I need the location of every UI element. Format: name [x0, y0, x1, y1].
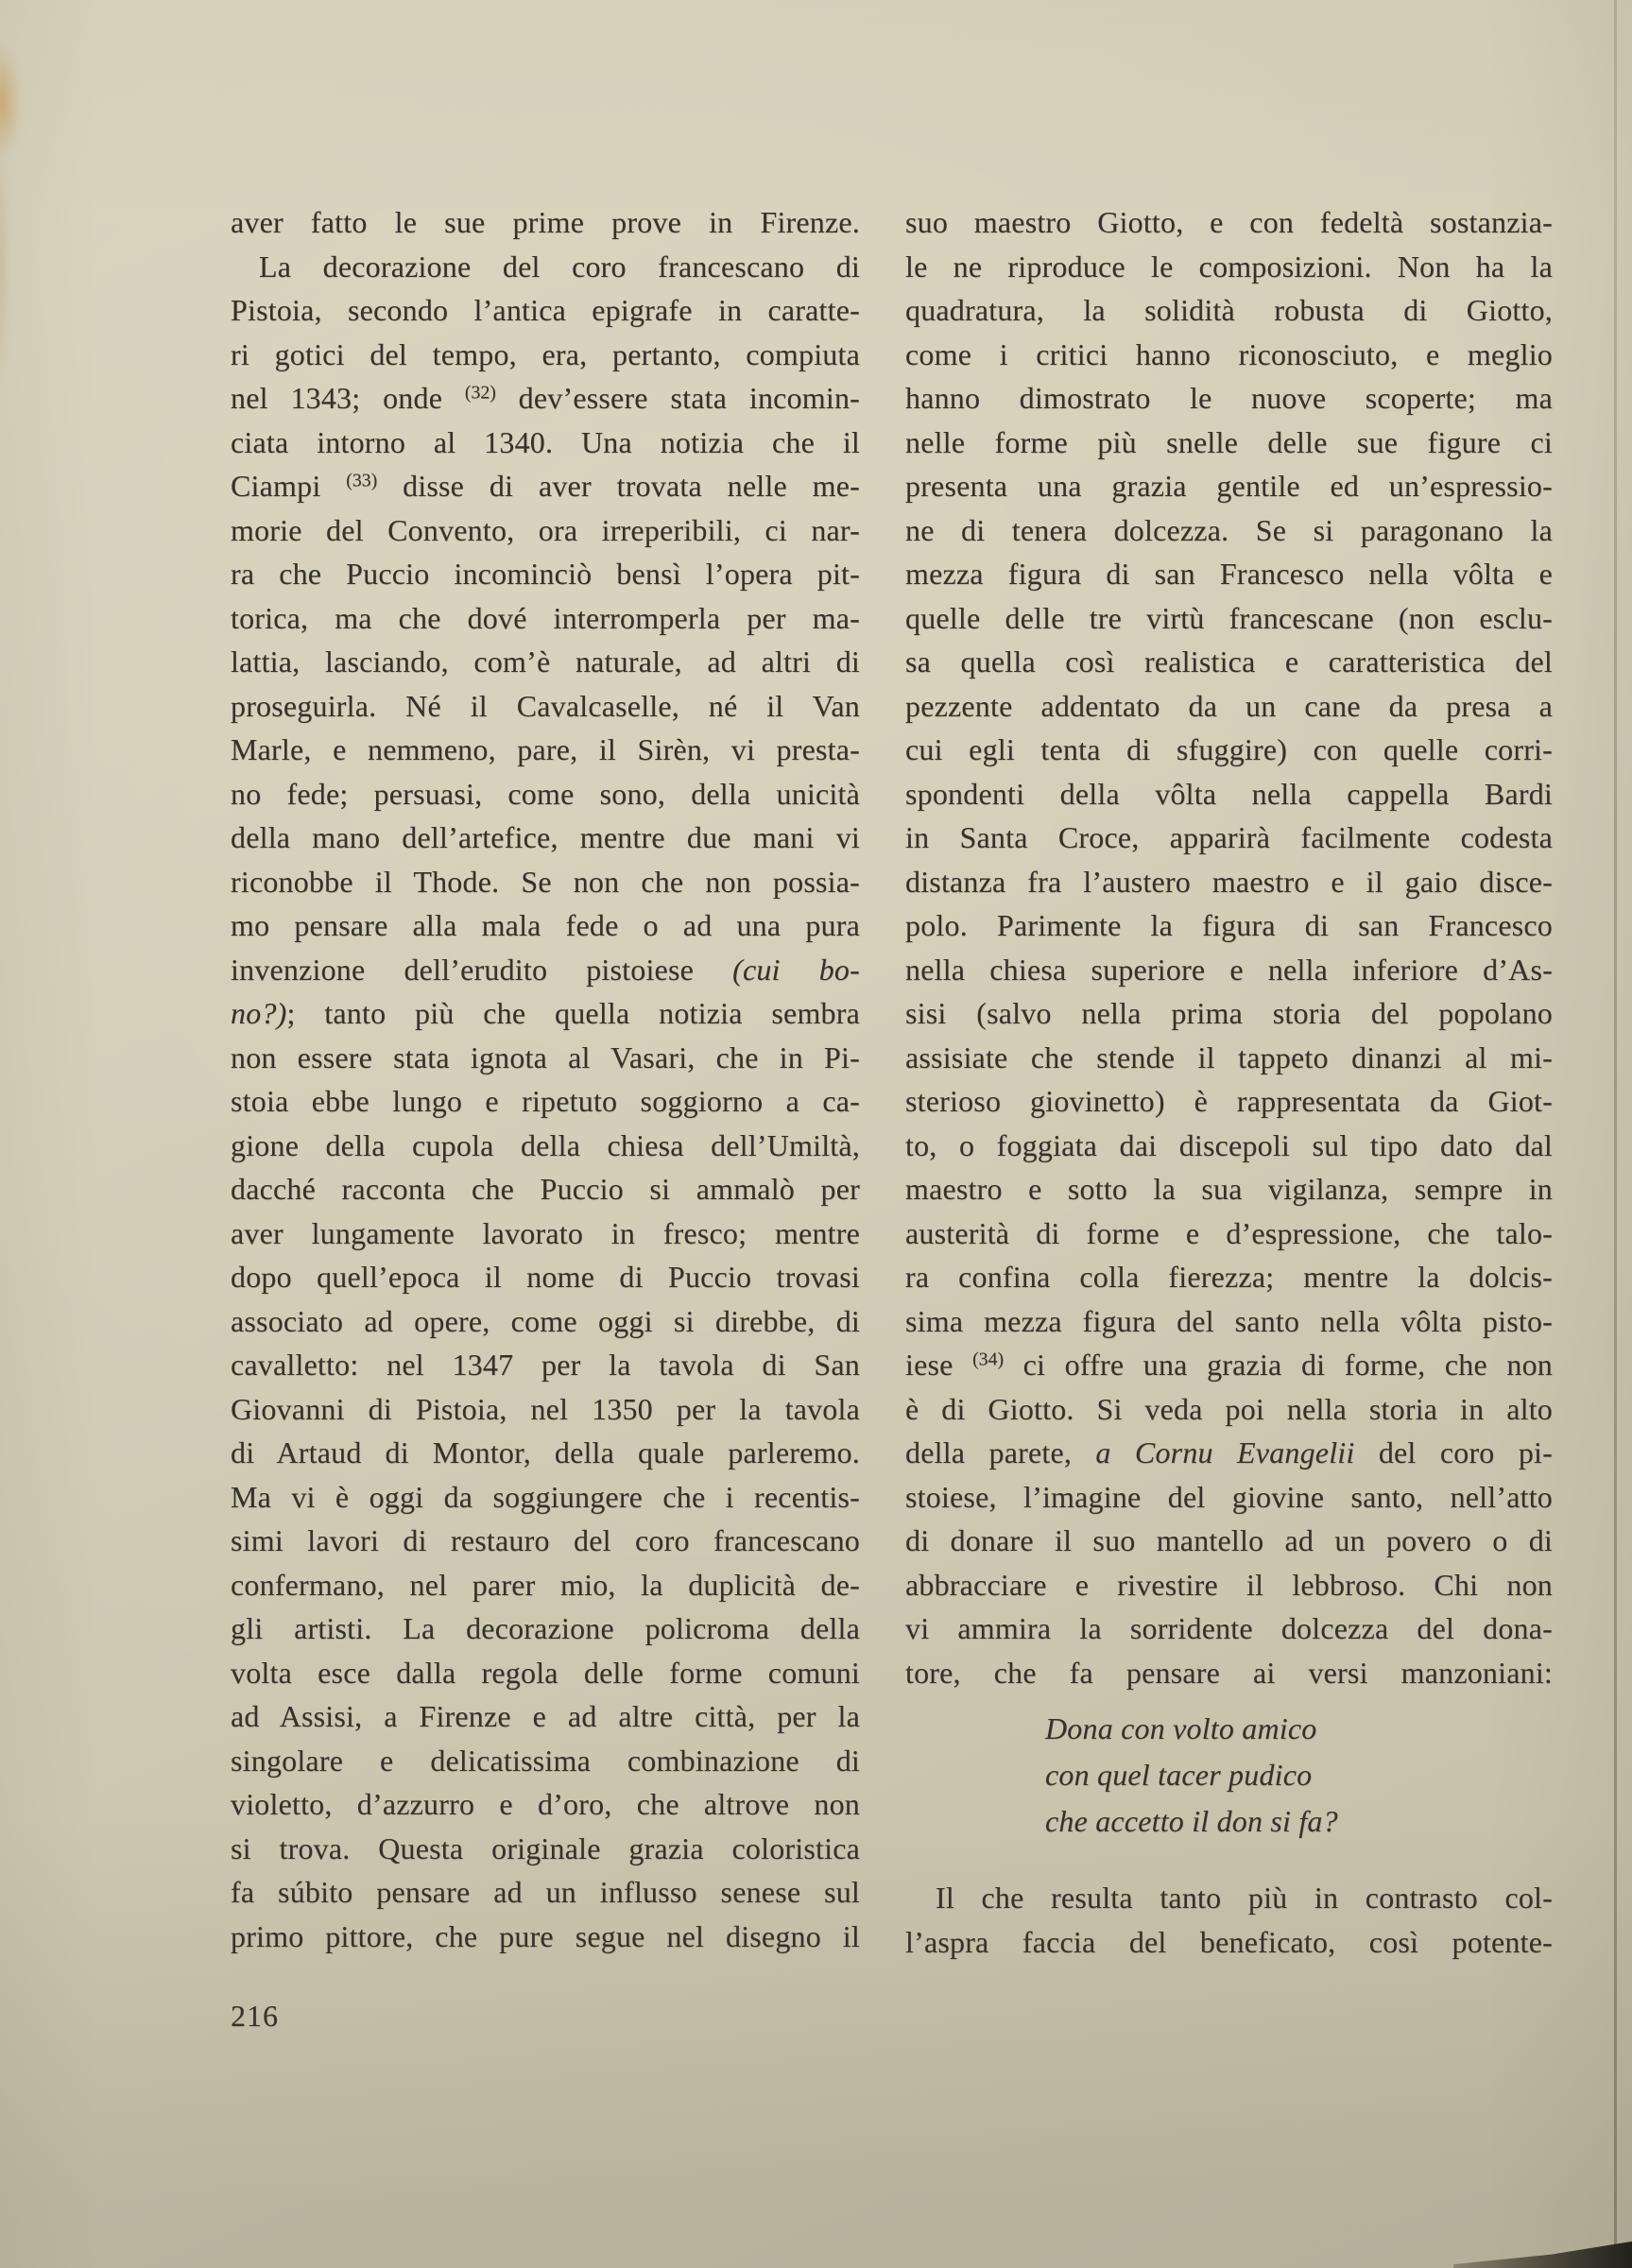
left-column: aver fatto le sue prime prove in Firenze…	[231, 200, 860, 1958]
text-line: polo. Parimente la figura di san Frances…	[905, 903, 1553, 948]
verse-line: Dona con volto amico	[905, 1706, 1553, 1752]
text-line: ne di tenera dolcezza. Se si paragonano …	[905, 508, 1553, 553]
text-line: della parete, a Cornu Evangelii del coro…	[905, 1431, 1553, 1475]
text-line: le ne riproduce le composizioni. Non ha …	[905, 245, 1553, 289]
text-line: suo maestro Giotto, e con fedeltà sostan…	[905, 200, 1553, 245]
text-line: stoiese, l’imagine del giovine santo, ne…	[905, 1475, 1553, 1520]
text-line: simi lavori di restauro del coro frances…	[231, 1519, 860, 1563]
text-line: sisi (salvo nella prima storia del popol…	[905, 991, 1553, 1036]
page-edge-shadow	[1614, 0, 1617, 2268]
text-line: ri gotici del tempo, era, pertanto, comp…	[231, 333, 860, 377]
text-line: è di Giotto. Si veda poi nella storia in…	[905, 1387, 1553, 1432]
text-line: aver lungamente lavorato in fresco; ment…	[231, 1211, 860, 1256]
text-line: ad Assisi, a Firenze e ad altre città, p…	[231, 1694, 860, 1739]
text-line: no?); tanto più che quella notizia sembr…	[231, 991, 860, 1036]
text-line: confermano, nel parer mio, la duplicità …	[231, 1563, 860, 1607]
verse-line: con quel tacer pudico	[905, 1752, 1553, 1798]
page-number: 216	[231, 1994, 279, 2038]
text-line: sima mezza figura del santo nella vôlta …	[905, 1299, 1553, 1344]
paper-stain-faint	[0, 142, 9, 387]
text-line: primo pittore, che pure segue nel disegn…	[231, 1915, 860, 1959]
text-line: lattia, lasciando, com’è naturale, ad al…	[231, 640, 860, 684]
text-line: no fede; persuasi, come sono, della unic…	[231, 772, 860, 816]
text-line: sterioso giovinetto) è rappresentata da …	[905, 1079, 1553, 1124]
text-line: si trova. Questa originale grazia colori…	[231, 1827, 860, 1871]
text-line: aver fatto le sue prime prove in Firenze…	[231, 200, 860, 245]
text-line: Ma vi è oggi da soggiungere che i recent…	[231, 1475, 860, 1520]
text-line: singolare e delicatissima combinazione d…	[231, 1739, 860, 1783]
text-line: dacché racconta che Puccio si ammalò per	[231, 1167, 860, 1211]
text-line: fa súbito pensare ad un influsso senese …	[231, 1870, 860, 1915]
text-line: Il che resulta tanto più in contrasto co…	[905, 1876, 1553, 1920]
text-line: cui egli tenta di sfuggire) con quelle c…	[905, 728, 1553, 772]
text-line: in Santa Croce, apparirà facilmente code…	[905, 816, 1553, 860]
text-line: mo pensare alla mala fede o ad una pura	[231, 903, 860, 948]
verse-line: che accetto il don si fa?	[905, 1798, 1553, 1845]
text-line: volta esce dalla regola delle forme comu…	[231, 1651, 860, 1695]
text-line: violetto, d’azzurro e d’oro, che altrove…	[231, 1782, 860, 1827]
text-line: mezza figura di san Francesco nella vôlt…	[905, 552, 1553, 596]
text-line: hanno dimostrato le nuove scoperte; ma	[905, 376, 1553, 421]
footnote-marker: (32)	[465, 383, 496, 404]
text-line: presenta una grazia gentile ed un’espres…	[905, 464, 1553, 508]
text-line: l’aspra faccia del beneficato, così pote…	[905, 1920, 1553, 1965]
text-line: proseguirla. Né il Cavalcaselle, né il V…	[231, 684, 860, 729]
text-line: quelle delle tre virtù francescane (non …	[905, 596, 1553, 641]
text-line: della mano dell’artefice, mentre due man…	[231, 816, 860, 860]
text-line: distanza fra l’austero maestro e il gaio…	[905, 860, 1553, 904]
text-line: iese (34) ci offre una grazia di forme, …	[905, 1343, 1553, 1387]
text-line: invenzione dell’erudito pistoiese (cui b…	[231, 948, 860, 992]
text-line: non essere stata ignota al Vasari, che i…	[231, 1036, 860, 1080]
text-line: sa quella così realistica e caratteristi…	[905, 640, 1553, 684]
text-line: come i critici hanno riconosciuto, e meg…	[905, 333, 1553, 377]
text-line: abbracciare e rivestire il lebbroso. Chi…	[905, 1563, 1553, 1607]
text-line: spondenti della vôlta nella cappella Bar…	[905, 772, 1553, 816]
text-line: dopo quell’epoca il nome di Puccio trova…	[231, 1255, 860, 1299]
text-line: ra confina colla fierezza; mentre la dol…	[905, 1255, 1553, 1299]
right-column: suo maestro Giotto, e con fedeltà sostan…	[905, 200, 1553, 1964]
text-line: gione della cupola della chiesa dell’Umi…	[231, 1124, 860, 1168]
text-line: vi ammira la sorridente dolcezza del don…	[905, 1606, 1553, 1651]
text-line: austerità di forme e d’espressione, che …	[905, 1211, 1553, 1256]
text-line: nel 1343; onde (32) dev’essere stata inc…	[231, 376, 860, 421]
footnote-marker: (33)	[346, 471, 377, 491]
text-line: gli artisti. La decorazione policroma de…	[231, 1606, 860, 1651]
text-line: associato ad opere, come oggi si direbbe…	[231, 1299, 860, 1344]
text-line: di donare il suo mantello ad un povero o…	[905, 1519, 1553, 1563]
text-line: nella chiesa superiore e nella inferiore…	[905, 948, 1553, 992]
text-line: maestro e sotto la sua vigilanza, sempre…	[905, 1167, 1553, 1211]
text-line: nelle forme più snelle delle sue figure …	[905, 421, 1553, 465]
corner-shadow	[1453, 2238, 1632, 2268]
book-page: aver fatto le sue prime prove in Firenze…	[0, 0, 1632, 2268]
text-line: ciata intorno al 1340. Una notizia che i…	[231, 421, 860, 465]
text-line: torica, ma che dové interromperla per ma…	[231, 596, 860, 641]
text-line: riconobbe il Thode. Se non che non possi…	[231, 860, 860, 904]
text-line: morie del Convento, ora irreperibili, ci…	[231, 508, 860, 553]
text-line: Giovanni di Pistoia, nel 1350 per la tav…	[231, 1387, 860, 1432]
text-line: assisiate che stende il tappeto dinanzi …	[905, 1036, 1553, 1080]
text-line: ra che Puccio incominciò bensì l’opera p…	[231, 552, 860, 596]
text-line: di Artaud di Montor, della quale parlere…	[231, 1431, 860, 1475]
text-line: La decorazione del coro francescano di	[231, 245, 860, 289]
text-line: Marle, e nemmeno, pare, il Sirèn, vi pre…	[231, 728, 860, 772]
text-line: tore, che fa pensare ai versi manzoniani…	[905, 1651, 1553, 1695]
text-line: Pistoia, secondo l’antica epigrafe in ca…	[231, 288, 860, 333]
paper-stain	[0, 45, 21, 159]
text-line: stoia ebbe lungo e ripetuto soggiorno a …	[231, 1079, 860, 1124]
text-line: Ciampi (33) disse di aver trovata nelle …	[231, 464, 860, 508]
text-line: quadratura, la solidità robusta di Giott…	[905, 288, 1553, 333]
text-line: pezzente addentato da un cane da presa a	[905, 684, 1553, 729]
footnote-marker: (34)	[972, 1349, 1004, 1370]
text-line: cavalletto: nel 1347 per la tavola di Sa…	[231, 1343, 860, 1387]
text-line: to, o foggiata dai discepoli sul tipo da…	[905, 1124, 1553, 1168]
